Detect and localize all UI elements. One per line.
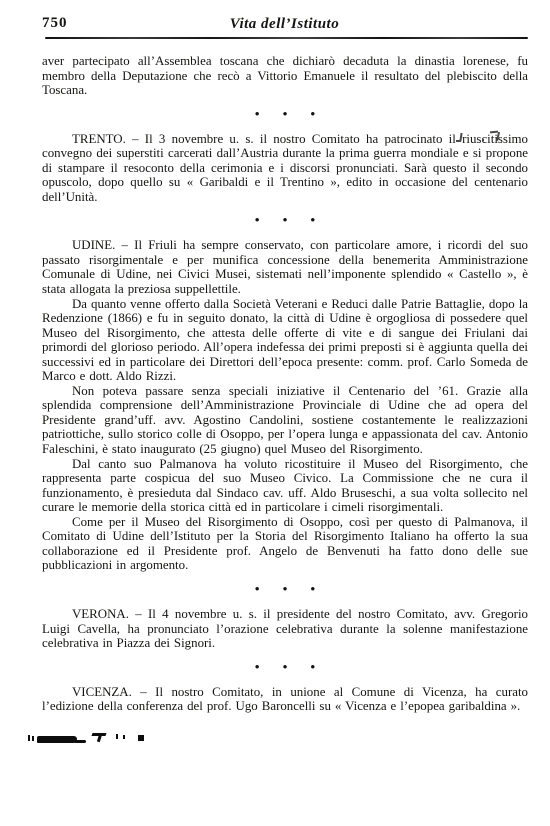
body-paragraph-udine: Come per il Museo del Risorgimento di Os… <box>42 515 528 573</box>
body-paragraph-verona: VERONA. – Il 4 novembre u. s. il preside… <box>42 607 528 651</box>
running-title: Vita dell’Istituto <box>42 16 527 33</box>
section-separator: • • • <box>42 660 528 674</box>
body-paragraph-vicenza: VICENZA. – Il nostro Comitato, in unione… <box>42 685 528 714</box>
section-separator: • • • <box>42 582 528 596</box>
smudge-mark <box>32 736 34 741</box>
body-paragraph-udine: Dal canto suo Palmanova ha voluto ricost… <box>42 457 528 515</box>
smudge-mark <box>123 735 125 739</box>
header-rule <box>45 37 528 39</box>
body-paragraph-udine: Non poteva passare senza speciali inizia… <box>42 384 528 457</box>
smudge-mark <box>116 734 118 739</box>
pencil-stroke <box>482 139 484 141</box>
smudge-mark <box>138 735 144 741</box>
body-paragraph-udine: UDINE. – Il Friuli ha sempre conservato,… <box>42 238 528 296</box>
page-header: 750 Vita dell’Istituto <box>42 15 527 35</box>
section-separator: • • • <box>42 107 528 121</box>
pencil-stroke <box>456 140 461 142</box>
pencil-annotation-artifact <box>452 128 512 144</box>
pencil-stroke <box>496 132 500 141</box>
page-body: aver partecipato all’Assemblea toscana c… <box>42 54 528 714</box>
continuation-paragraph: aver partecipato all’Assemblea toscana c… <box>42 54 528 98</box>
smudge-mark <box>97 734 102 743</box>
smudge-mark <box>28 735 30 741</box>
city-sections: • • •TRENTO. – Il 3 novembre u. s. il no… <box>42 107 528 714</box>
scanned-journal-page: 750 Vita dell’Istituto aver partecipato … <box>0 0 550 826</box>
smudge-mark <box>37 736 77 743</box>
ink-smudge-artifact <box>28 730 158 750</box>
section-separator: • • • <box>42 213 528 227</box>
body-paragraph-udine: Da quanto venne offerto dalla Società Ve… <box>42 297 528 384</box>
smudge-mark <box>74 740 86 743</box>
